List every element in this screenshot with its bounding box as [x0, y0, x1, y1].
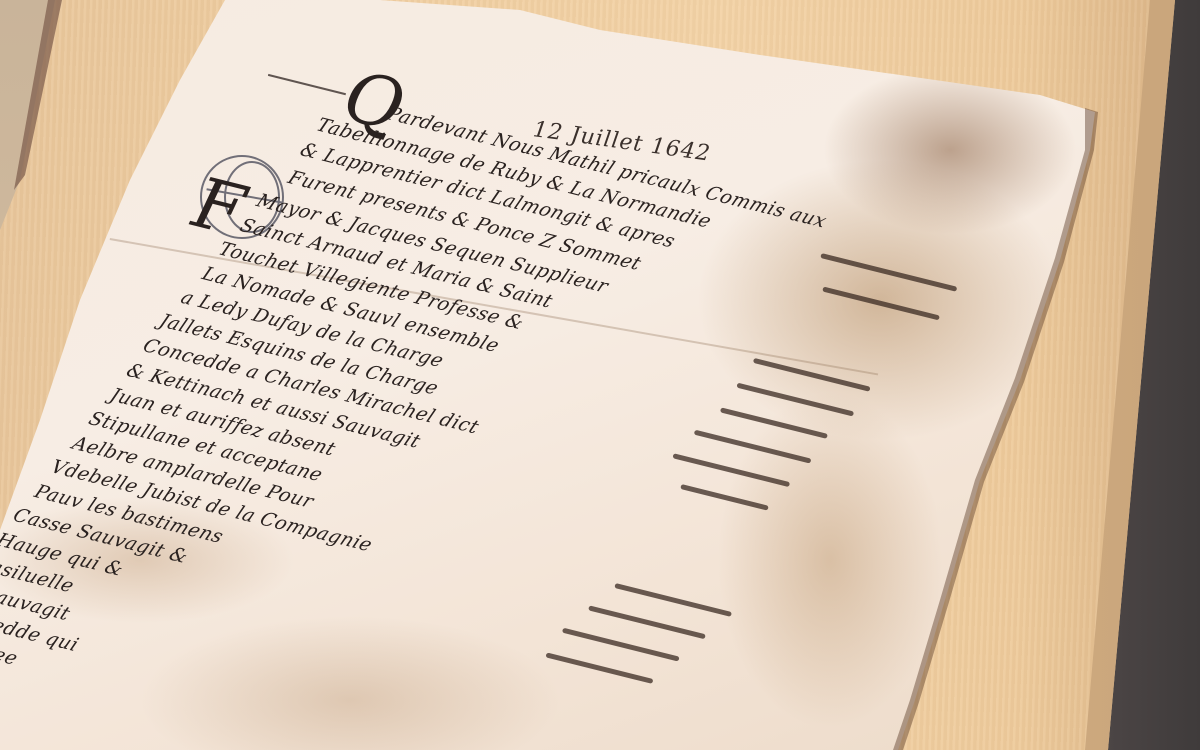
photo-scene: 12 Juillet 1642 Q F Pardevant Nous Mathi…	[0, 0, 1200, 750]
